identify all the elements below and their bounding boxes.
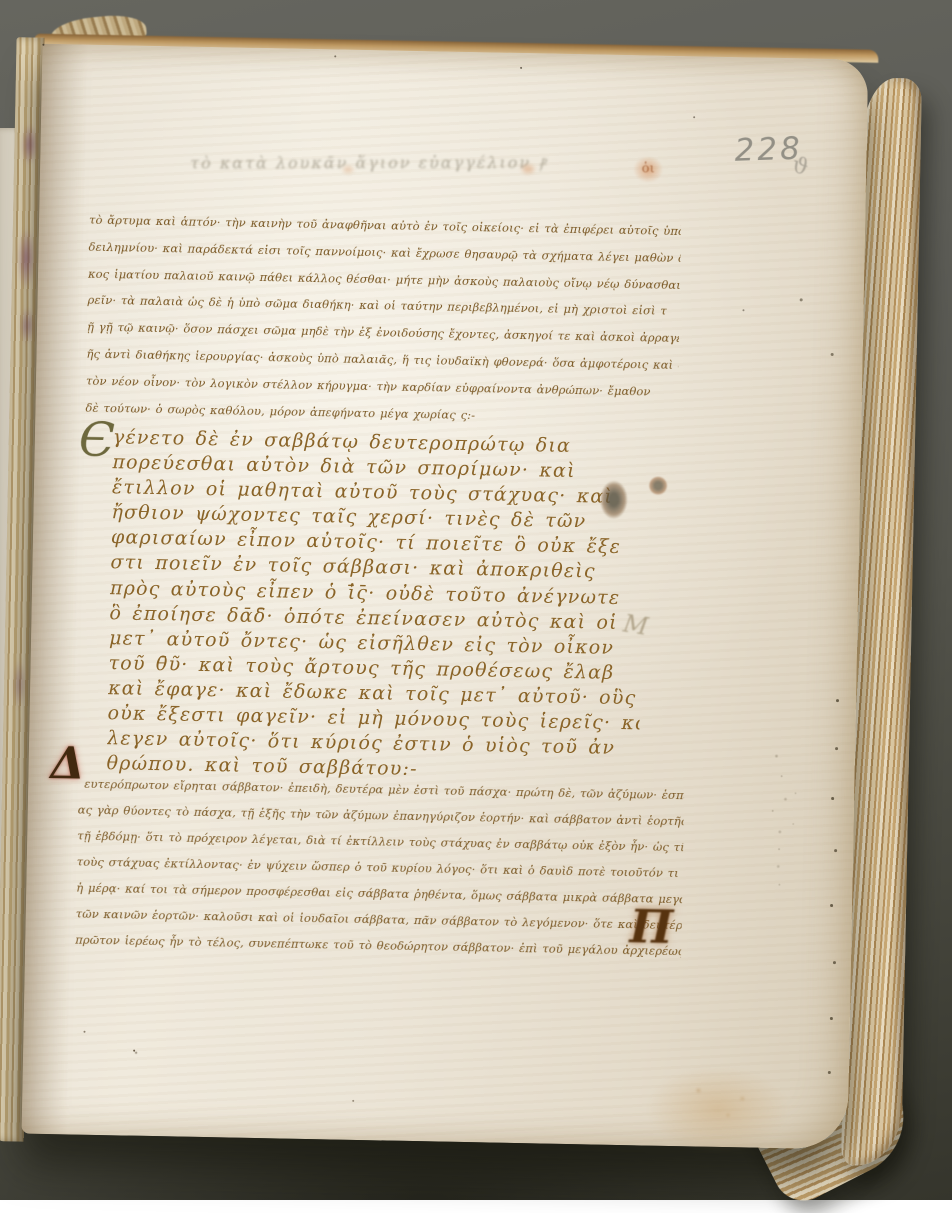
faded-header-text: τὸ κατὰ λουκᾶν ἅγιον εὐαγγέλιον ⳁ bbox=[190, 153, 660, 174]
page-content: 228 ϑ τὸ κατὰ λουκᾶν ἅγιον εὐαγγέλιον ⳁ … bbox=[22, 44, 869, 1150]
ink-blot bbox=[646, 473, 670, 497]
purple-stain bbox=[17, 299, 38, 351]
wormhole-specks bbox=[42, 44, 44, 46]
purple-stain bbox=[9, 649, 28, 719]
commentary-top-block: τὸ ἄρτυμα καὶ ἁπτόν· τὴν καινὴν τοῦ ἀναφ… bbox=[85, 207, 681, 433]
pricking-holes bbox=[836, 699, 839, 702]
gospel-lection-block: γένετο δὲ ἐν σαββάτῳ δευτεροπρώτῳ δια πο… bbox=[106, 425, 645, 786]
parchment-page: 228 ϑ τὸ κατὰ λουκᾶν ἅγιον εὐαγγέλιον ⳁ … bbox=[22, 44, 869, 1150]
pi-ink-mark: Π bbox=[629, 903, 673, 950]
manuscript-book: 228 ϑ τὸ κατὰ λουκᾶν ἅγιον εὐαγγέλιον ⳁ … bbox=[0, 27, 923, 1172]
margin-smudge bbox=[699, 730, 866, 922]
initial-epsilon: Є bbox=[78, 417, 115, 465]
margin-letter-mark: Μ bbox=[621, 609, 650, 641]
bottom-stain bbox=[617, 1041, 819, 1165]
purple-stain bbox=[18, 115, 41, 173]
purple-stain bbox=[14, 215, 40, 301]
commentary-bottom-block: ευτερόπρωτον εἴρηται σάββατον· ἐπειδὴ, δ… bbox=[75, 771, 684, 965]
rubric-mark: ὁι bbox=[628, 151, 669, 188]
